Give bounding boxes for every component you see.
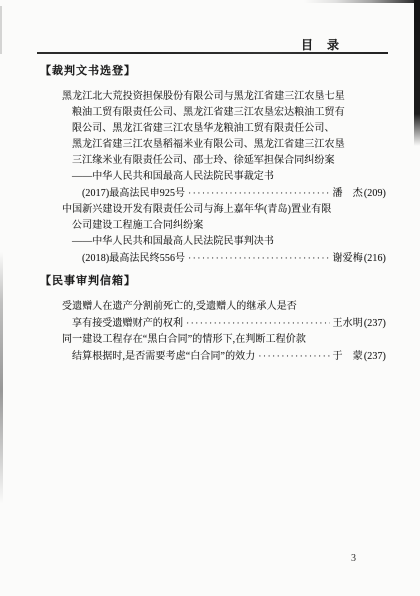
question-tail: 享有接受遗赠财产的权利 xyxy=(72,316,183,332)
section-header-civil-trial-mailbox: 【民事审判信箱】 xyxy=(40,274,386,289)
scan-shadow-left-edge xyxy=(0,252,3,504)
case-title-line: 黑龙江省建三江农垦稻福米业有限公司、黑龙江省建三江农垦 xyxy=(40,137,386,153)
scan-shadow-top-right xyxy=(304,0,416,3)
question-title-line: 受遗赠人在遗产分割前死亡的,受遗赠人的继承人是否 xyxy=(40,299,386,315)
page-ref: (209) xyxy=(364,186,386,202)
case-ref-line: (2017)最高法民申925号 ························… xyxy=(40,185,386,202)
case-ref-line: (2018)最高法民终556号 ························… xyxy=(40,250,386,267)
scan-shadow-right-edge xyxy=(414,0,420,146)
author-name: 于 蒙 xyxy=(333,349,363,365)
case-title-line: 中国新兴建设开发有限责任公司与海上嘉年华(青岛)置业有限 xyxy=(40,202,386,218)
leader-dots: ········································… xyxy=(188,185,329,201)
question-tail: 结算根据时,是否需要考虑“白合同”的效力 xyxy=(72,349,255,365)
scanned-toc-page: 目 录 【裁判文书选登】 黑龙江北大荒投资担保股份有限公司与黑龙江省建三江农垦七… xyxy=(0,0,420,596)
doc-type-line: ——中华人民共和国最高人民法院民事裁定书 xyxy=(40,169,386,185)
case-title-line: 限公司、黑龙江省建三江农垦华龙粮油工贸有限责任公司、 xyxy=(40,121,386,137)
page-ref: (237) xyxy=(364,316,386,332)
page-ref: (216) xyxy=(364,251,386,267)
case-number: (2017)最高法民申925号 xyxy=(82,186,185,202)
leader-dots: ········································… xyxy=(186,315,329,331)
case-title-line: 三江缘米业有限责任公司、邵士玲、徐延军担保合同纠纷案 xyxy=(40,153,386,169)
leader-dots: ········································… xyxy=(258,348,329,364)
scan-shadow-left-top xyxy=(0,6,2,54)
author-name: 王水明 xyxy=(333,316,363,332)
author-name: 潘 杰 xyxy=(333,186,363,202)
author-name: 谢爱梅 xyxy=(333,251,363,267)
page-ref: (237) xyxy=(364,349,386,365)
section-header-judgment-documents: 【裁判文书选登】 xyxy=(40,64,386,79)
page-title: 目 录 xyxy=(301,36,340,53)
case-title-line: 粮油工贸有限责任公司、黑龙江省建三江农垦宏达粮油工贸有 xyxy=(40,105,386,121)
page-number: 3 xyxy=(351,553,356,564)
case-title-line: 黑龙江北大荒投资担保股份有限公司与黑龙江省建三江农垦七星 xyxy=(40,89,386,105)
case-title-line: 公司建设工程施工合同纠纷案 xyxy=(40,218,386,234)
question-ref-line: 享有接受遗赠财产的权利 ····························… xyxy=(40,315,386,332)
header-divider xyxy=(37,52,388,54)
case-number: (2018)最高法民终556号 xyxy=(82,251,185,267)
table-of-contents: 【裁判文书选登】 黑龙江北大荒投资担保股份有限公司与黑龙江省建三江农垦七星 粮油… xyxy=(40,64,386,365)
leader-dots: ········································… xyxy=(188,250,329,266)
question-ref-line: 结算根据时,是否需要考虑“白合同”的效力 ···················… xyxy=(40,348,386,365)
doc-type-line: ——中华人民共和国最高人民法院民事判决书 xyxy=(40,234,386,250)
question-title-line: 同一建设工程存在“黑白合同”的情形下,在判断工程价款 xyxy=(40,332,386,348)
